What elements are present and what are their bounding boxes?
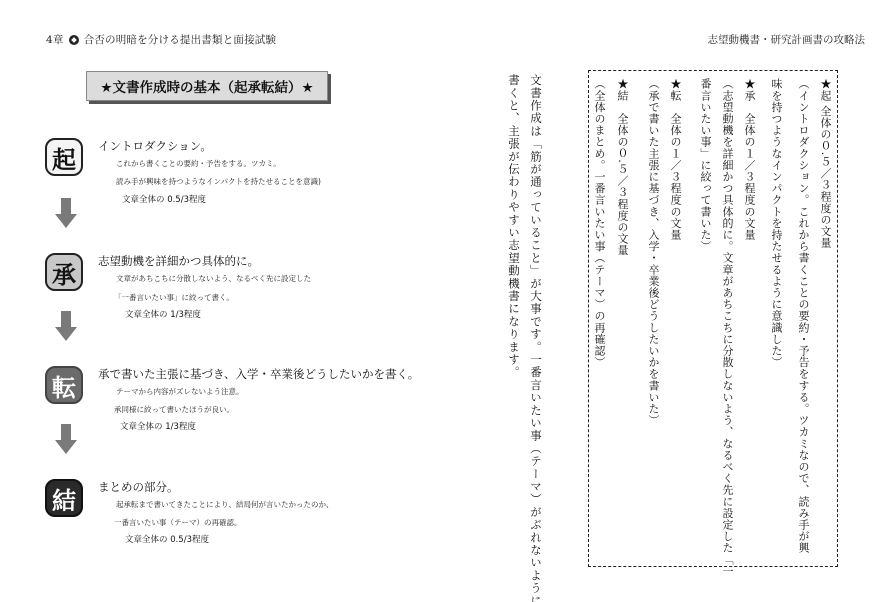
running-header-left: 4章 合否の明暗を分ける提出書類と面接試験 (46, 32, 276, 47)
box-heading-sho: ★承 全体の１／３程度の文量 (741, 78, 757, 240)
step-title: 志望動機を詳細かつ具体的に。 (98, 253, 259, 269)
step-amount: 文章全体の 0.5/3程度 (122, 193, 206, 205)
step-title: 承で書いた主張に基づき、入学・卒業後どうしたいかを書く。 (98, 366, 419, 382)
step-description: 文章があちこちに分散しないよう、なるべく先に設定した (116, 273, 311, 284)
book-spread: 4章 合否の明暗を分ける提出書類と面接試験 志望動機書・研究計画書の攻略法 ★文… (0, 0, 877, 602)
down-arrow-icon (55, 198, 77, 230)
chapter-bullet-icon (69, 35, 79, 45)
sho-icon: 承 (45, 253, 83, 291)
box-heading-ten: ★転 全体の１／３程度の文量 (667, 78, 683, 240)
ketsu-icon: 結 (45, 479, 83, 517)
box-heading-ketsu: ★結 全体の０.５／３程度の文量 (614, 78, 630, 256)
box-heading-ki: ★起 全体の０.５／３程度の文量 (817, 78, 833, 249)
down-arrow-icon (55, 424, 77, 456)
box-text-column: 番言いたい事」に絞って書いた） (697, 78, 713, 252)
step-amount: 文章全体の 0.5/3程度 (125, 533, 209, 545)
running-header-right: 志望動機書・研究計画書の攻略法 (708, 32, 866, 47)
box-text-column: 味を持つようなインパクトを持たせるように意識した） (768, 78, 784, 368)
ten-icon: 転 (45, 366, 83, 404)
chapter-number: 4章 (46, 32, 64, 47)
step-title: まとめの部分。 (98, 479, 179, 495)
step-description: 一番言いたい事（テーマ）の再確認。 (114, 517, 242, 528)
step-description: 起承転まで書いてきたことにより、結局何が言いたかったのか、 (116, 499, 334, 510)
box-text-column: （全体のまとめ。一番言いたい事（テーマ）の再確認） (591, 78, 607, 368)
step-description: 承同様に絞って書いたほうが良い。 (114, 404, 234, 415)
section-banner: ★文書作成時の基本（起承転結）★ (86, 71, 328, 101)
step-amount: 文章全体の 1/3程度 (125, 308, 201, 320)
step-title: イントロダクション。 (98, 138, 212, 154)
step-description: 「一番言いたい事」に絞って書く。 (114, 292, 234, 303)
down-arrow-icon (55, 311, 77, 343)
box-text-column: （志望動機を詳細かつ具体的に。文章があちこちに分散しないよう、なるべく先に設定し… (719, 78, 735, 577)
chapter-title: 合否の明暗を分ける提出書類と面接試験 (84, 32, 277, 47)
step-description: 読み手が興味を持つようなインパクトを持たせることを意識) (116, 176, 321, 187)
step-description: テーマから内容がズレないよう注意。 (116, 386, 244, 397)
box-text-column: （承で書いた主張に基づき、入学・卒業後どうしたいかを書いた） (645, 78, 661, 426)
step-amount: 文章全体の 1/3程度 (120, 420, 196, 432)
body-text-column: 書くと、主張が伝わりやすい志望動機書になります。 (506, 74, 522, 379)
body-text-column: 文書作成は「筋が通っていること」が大事です。一番言いたい事（テーマ）がぶれないよ… (528, 74, 544, 602)
box-text-column: （イントロダクション。これから書くことの要約・予告をする。ツカミなので、読み手が… (795, 78, 811, 554)
ki-icon: 起 (45, 138, 83, 176)
step-description: これから書くことの要約・予告をする。ツカミ。 (116, 158, 281, 169)
